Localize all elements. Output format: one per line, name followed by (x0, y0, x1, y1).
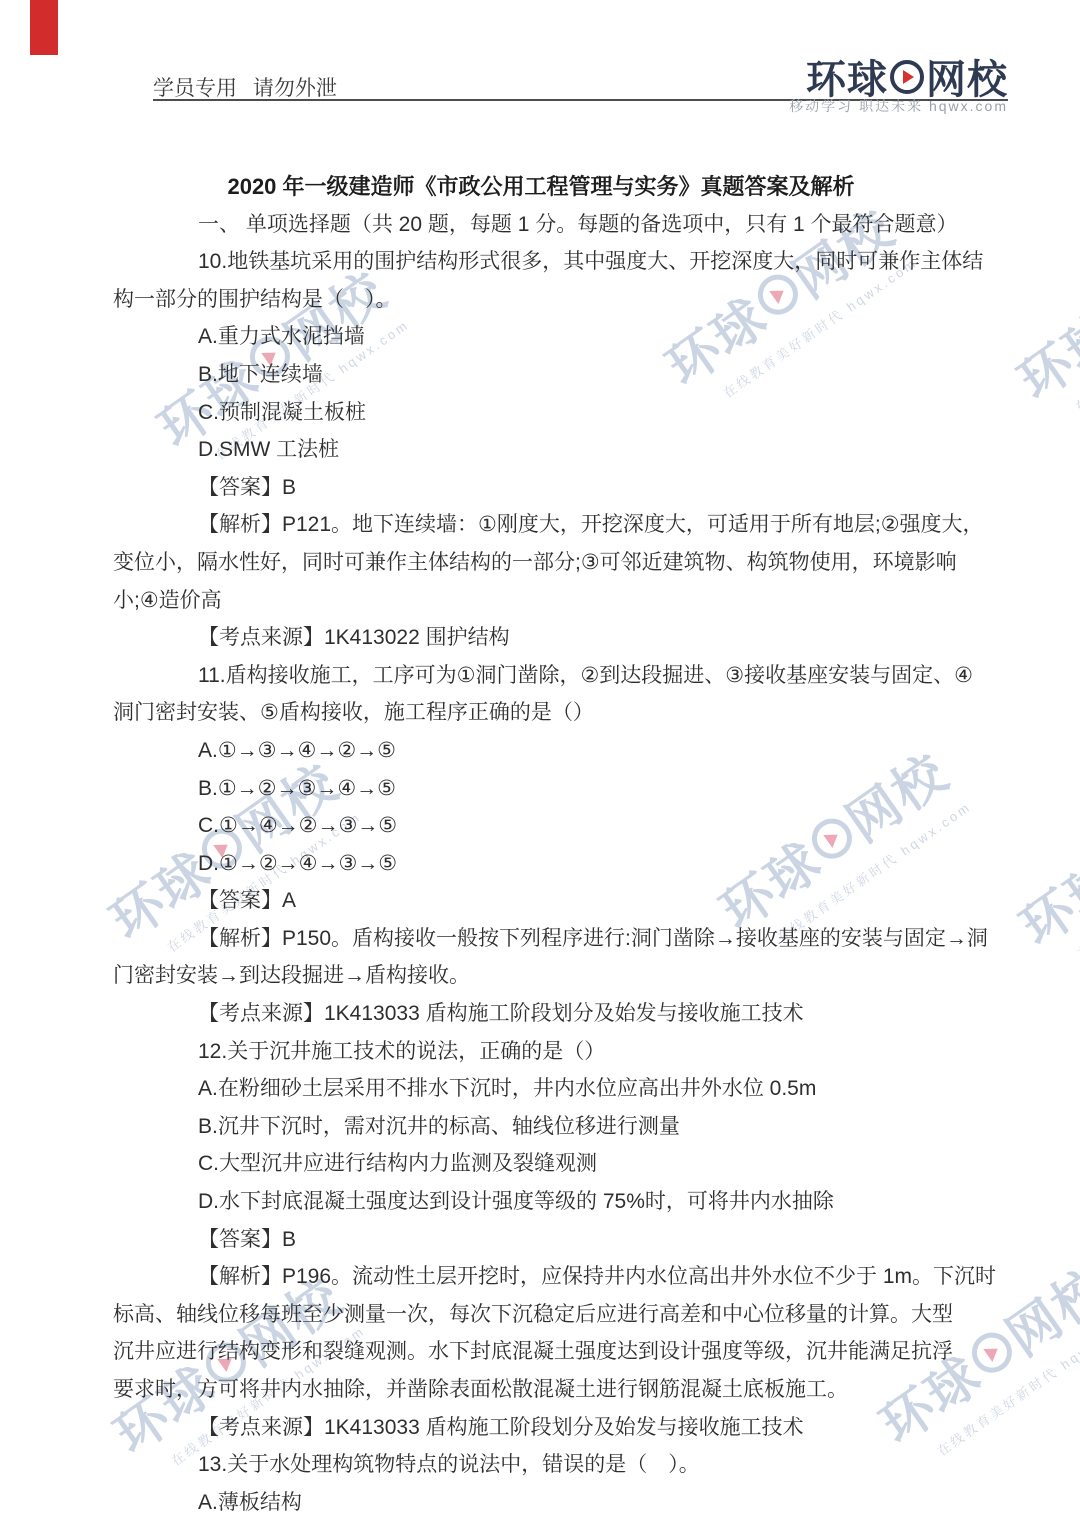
option-a: A.薄板结构 (113, 1484, 969, 1522)
option-a: A.①→③→④→②→⑤ (113, 732, 969, 770)
option-d: D.①→②→④→③→⑤ (113, 845, 969, 883)
play-circle-icon (890, 60, 924, 94)
analysis-11-cont: 门密封安装→到达段掘进→盾构接收。 (113, 957, 969, 995)
question-11: 11.盾构接收施工，工序可为①洞门凿除，②到达段掘进、③接收基座安装与固定、④ (113, 657, 969, 695)
analysis-12-cont: 沉井应进行结构变形和裂缝观测。水下封底混凝土强度达到设计强度等级，沉井能满足抗浮 (113, 1333, 969, 1371)
option-c: C.预制混凝土板桩 (113, 394, 969, 432)
analysis-12-cont: 标高、轴线位移每班至少测量一次，每次下沉稳定后应进行高差和中心位移量的计算。大型 (113, 1296, 969, 1334)
analysis-10-cont: 变位小，隔水性好，同时可兼作主体结构的一部分;③可邻近建筑物、构筑物使用，环境影… (113, 544, 969, 582)
source-12: 【考点来源】1K413033 盾构施工阶段划分及始发与接收施工技术 (113, 1409, 969, 1447)
option-a: A.重力式水泥挡墙 (113, 318, 969, 356)
analysis-10-cont: 小;④造价高 (113, 582, 969, 620)
source-10: 【考点来源】1K413022 围护结构 (113, 619, 969, 657)
confidential-note: 学员专用 请勿外泄 (153, 72, 337, 102)
question-13: 13.关于水处理构筑物特点的说法中，错误的是（ ）。 (113, 1446, 969, 1484)
brand-tagline: 移动学习 职达未来 hqwx.com (789, 96, 1008, 116)
page-title: 2020 年一级建造师《市政公用工程管理与实务》真题答案及解析 (113, 168, 969, 206)
answer-12: 【答案】B (113, 1221, 969, 1259)
watermark: 环球网校 在线教育美好新时代 hqwx.com (1003, 715, 1080, 979)
answer-11: 【答案】A (113, 882, 969, 920)
watermark-play-icon (964, 1324, 1020, 1380)
option-c: C.①→④→②→③→⑤ (113, 807, 969, 845)
option-c: C.大型沉井应进行结构内力监测及裂缝观测 (113, 1145, 969, 1183)
watermark: 环球网校 在线教育美好新时代 hqwx.com (1001, 169, 1080, 433)
red-corner-mark (30, 0, 58, 55)
option-d: D.SMW 工法桩 (113, 431, 969, 469)
analysis-10: 【解析】P121。地下连续墙：①刚度大，开挖深度大，可适用于所有地层;②强度大， (113, 506, 969, 544)
analysis-12-cont: 要求时，方可将井内水抽除，并凿除表面松散混凝土进行钢筋混凝土底板施工。 (113, 1371, 969, 1409)
question-10: 10.地铁基坑采用的围护结构形式很多，其中强度大、开挖深度大，同时可兼作主体结 (113, 243, 969, 281)
question-11-cont: 洞门密封安装、⑤盾构接收，施工程序正确的是（） (113, 694, 969, 732)
answer-10: 【答案】B (113, 469, 969, 507)
option-a: A.在粉细砂土层采用不排水下沉时，井内水位应高出井外水位 0.5m (113, 1070, 969, 1108)
play-triangle-icon (903, 70, 914, 84)
question-10-cont: 构一部分的围护结构是（ ）。 (113, 281, 969, 319)
source-11: 【考点来源】1K413033 盾构施工阶段划分及始发与接收施工技术 (113, 995, 969, 1033)
option-b: B.沉井下沉时，需对沉井的标高、轴线位移进行测量 (113, 1108, 969, 1146)
analysis-11: 【解析】P150。盾构接收一般按下列程序进行:洞门凿除→接收基座的安装与固定→洞 (113, 920, 969, 958)
analysis-12: 【解析】P196。流动性土层开挖时，应保持井内水位高出井外水位不少于 1m。下沉… (113, 1258, 969, 1296)
section-heading: 一、 单项选择题（共 20 题，每题 1 分。每题的备选项中，只有 1 个最符合… (113, 206, 969, 244)
option-b: B.地下连续墙 (113, 356, 969, 394)
question-12: 12.关于沉井施工技术的说法，正确的是（） (113, 1033, 969, 1071)
option-d: D.水下封底混凝土强度达到设计强度等级的 75%时，可将井内水抽除 (113, 1183, 969, 1221)
option-b: B.①→②→③→④→⑤ (113, 770, 969, 808)
document-body: 2020 年一级建造师《市政公用工程管理与实务》真题答案及解析 一、 单项选择题… (113, 168, 969, 1521)
